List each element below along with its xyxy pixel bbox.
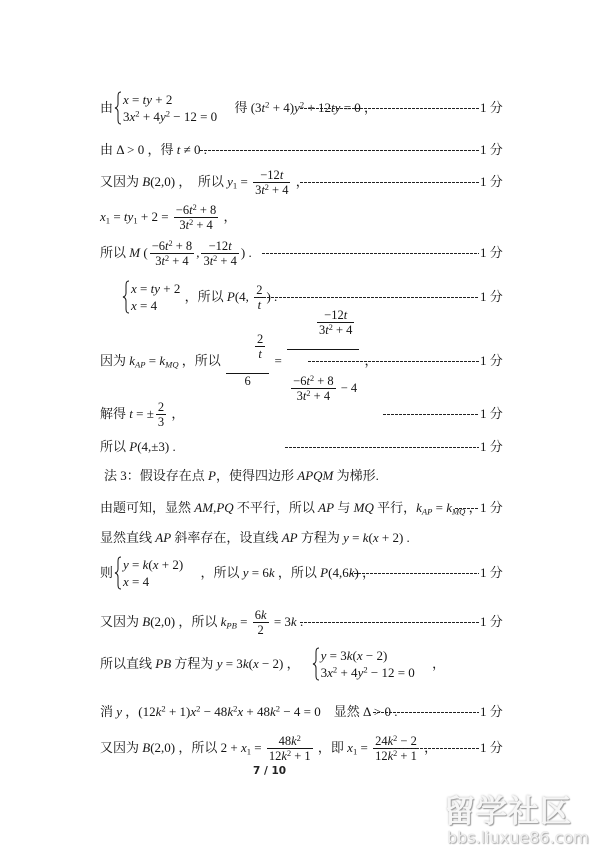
fraction: −6t2 + 8 3t2 + 4	[291, 375, 335, 402]
fraction: −12t 3t2 + 4	[253, 169, 290, 196]
left-brace-icon	[114, 556, 122, 590]
line-text: 又因为 B(2,0) ， 所以 y1 =	[100, 174, 251, 190]
system-lines: x = ty + 2 3x2 + 4y2 − 12 = 0	[123, 91, 217, 125]
line-content: 则 y = k(x + 2) x = 4 ，所以 y = 6k ，所以 P(4,…	[100, 556, 375, 590]
dotted-leader	[392, 748, 479, 749]
solution-line: 由题可知，显然 AM,PQ 不平行，所以 AP 与 MQ 平行，kAP = kM…	[0, 498, 600, 518]
equation-system: x = ty + 2 3x2 + 4y2 − 12 = 0	[114, 91, 217, 125]
denominator: 2	[253, 623, 269, 636]
line-text: 法 3：假设存在点 P，使得四边形 APQM 为梯形.	[104, 468, 379, 484]
denominator: 12k2 + 1	[373, 749, 419, 762]
score-label: 1 分	[480, 498, 503, 518]
score-label: 1 分	[480, 738, 503, 758]
line-content: 由 Δ > 0 ，得 t ≠ 0 .	[100, 142, 207, 158]
denominator: 3t2 + 4	[291, 389, 335, 402]
dotted-leader	[455, 508, 479, 509]
denominator: t	[255, 347, 265, 360]
line-text: 由题可知，显然 AM,PQ 不平行，所以 AP 与 MQ 平行，kAP = kM…	[100, 500, 482, 516]
dotted-leader	[300, 108, 479, 109]
score-label: 1 分	[480, 563, 503, 583]
dotted-leader	[300, 182, 479, 183]
solution-line: 则 y = k(x + 2) x = 4 ，所以 y = 6k ，所以 P(4,…	[0, 563, 600, 583]
score-label: 1 分	[480, 351, 503, 371]
solution-line: x1 = ty1 + 2 = −6t2 + 8 3t2 + 4 ，	[0, 207, 600, 227]
denominator: 3t2 + 4	[174, 218, 218, 231]
solution-line: 消 y ，(12k2 + 1)x2 − 48k2x + 48k2 − 4 = 0…	[0, 702, 600, 722]
line-text: 消 y ，(12k2 + 1)x2 − 48k2x + 48k2 − 4 = 0…	[100, 704, 397, 720]
line-text: ,	[196, 245, 199, 261]
line-lead-text: 则	[100, 565, 113, 581]
system-equation: x = 4	[123, 573, 183, 590]
watermark-url: bbs.liuxue86.com	[447, 828, 589, 847]
solution-line: 由 x = ty + 2 3x2 + 4y2 − 12 = 0 得 (3t2 +…	[0, 98, 600, 118]
line-content: 所以直线 PB 方程为 y = 3k(x − 2) ， y = 3k(x − 2…	[100, 647, 445, 681]
equation-system: y = 3k(x − 2) 3x2 + 4y2 − 12 = 0	[312, 647, 415, 681]
dotted-leader	[308, 361, 479, 362]
dotted-leader	[262, 253, 479, 254]
numerator: −12t	[317, 309, 354, 323]
line-text: 解得 t = ±	[100, 406, 154, 422]
system-equation: x = ty + 2	[131, 280, 180, 297]
solution-line: 又因为 B(2,0) ， 所以 y1 = −12t 3t2 + 4 ， 1 分	[0, 172, 600, 192]
solution-line: 又因为 B(2,0) ，所以 kPB = 6k 2 = 3k . 1 分	[0, 612, 600, 632]
line-text: 显然直线 AP 斜率存在，设直线 AP 方程为 y = k(x + 2) .	[100, 530, 410, 546]
numerator: 2	[156, 401, 166, 415]
line-text: ，即 x1 =	[315, 740, 371, 756]
denominator: 3t2 + 4	[253, 183, 290, 196]
score-label: 1 分	[480, 612, 503, 632]
method-heading: 法 3：假设存在点 P，使得四边形 APQM 为梯形.	[0, 466, 600, 486]
line-text: 又因为 B(2,0) ，所以 2 + x1 =	[100, 740, 265, 756]
line-content: 显然直线 AP 斜率存在，设直线 AP 方程为 y = k(x + 2) .	[100, 530, 410, 546]
line-content: 由题可知，显然 AM,PQ 不平行，所以 AP 与 MQ 平行，kAP = kM…	[100, 500, 482, 516]
line-text: ，所以 y = 6k ，所以 P(4,6k) ，	[184, 565, 375, 581]
line-text: 所以 P(4,±3) .	[100, 439, 176, 455]
system-equation: y = k(x + 2)	[123, 556, 183, 573]
numerator: −12t 3t2 + 4	[287, 297, 359, 350]
line-text: 又因为 B(2,0) ，所以 kPB =	[100, 614, 251, 630]
page-number: 7 / 10	[253, 765, 286, 777]
solution-line: 又因为 B(2,0) ，所以 2 + x1 = 48k2 12k2 + 1 ，即…	[0, 738, 600, 758]
numerator: 2	[255, 333, 265, 347]
fraction: 48k2 12k2 + 1	[267, 735, 313, 762]
denominator: 3t2 + 4	[317, 323, 354, 336]
line-text: ) .	[241, 245, 252, 261]
fraction: 2 t	[255, 333, 265, 360]
solution-line: 由 Δ > 0 ，得 t ≠ 0 . 1 分	[0, 140, 600, 160]
line-text: ，	[220, 209, 236, 225]
system-lines: y = 3k(x − 2) 3x2 + 4y2 − 12 = 0	[321, 647, 415, 681]
solution-line: 因为 kAP = kMQ ，所以 2 t 6 = −12t 3t2 + 4	[0, 351, 600, 371]
fraction: −6t2 + 8 3t2 + 4	[174, 204, 218, 231]
numerator: 2	[254, 284, 264, 298]
numerator: 48k2	[267, 735, 313, 749]
line-text: ，	[416, 656, 445, 672]
system-equation: 3x2 + 4y2 − 12 = 0	[321, 664, 415, 681]
denominator-expression: −6t2 + 8 3t2 + 4 − 4	[289, 375, 357, 402]
system-equation: x = ty + 2	[123, 91, 217, 108]
dotted-leader	[350, 573, 479, 574]
denominator: 3t2 + 4	[201, 254, 238, 267]
numerator: 6k	[253, 609, 269, 623]
score-label: 1 分	[480, 702, 503, 722]
dotted-leader	[383, 414, 479, 415]
dotted-leader	[285, 447, 479, 448]
line-content: 所以 M ( −6t2 + 8 3t2 + 4 , −12t 3t2 + 4 )…	[100, 240, 252, 267]
line-content: 又因为 B(2,0) ， 所以 y1 = −12t 3t2 + 4 ，	[100, 169, 309, 196]
line-lead-text: 由	[100, 100, 113, 116]
solution-line: 所以 M ( −6t2 + 8 3t2 + 4 , −12t 3t2 + 4 )…	[0, 243, 600, 263]
line-text: 因为 kAP = kMQ ，所以	[100, 353, 224, 369]
score-label: 1 分	[480, 437, 503, 457]
score-label: 1 分	[480, 404, 503, 424]
numerator: −6t2 + 8	[150, 240, 194, 254]
fraction: 2 3	[156, 401, 166, 428]
system-equation: 3x2 + 4y2 − 12 = 0	[123, 108, 217, 125]
solution-line: 所以直线 PB 方程为 y = 3k(x − 2) ， y = 3k(x − 2…	[0, 654, 600, 674]
line-text: x1 = ty1 + 2 =	[100, 209, 172, 225]
numerator: 2 t	[226, 321, 269, 374]
denominator: 3t2 + 4	[150, 254, 194, 267]
watermark-logo-text: 留学社区	[444, 786, 572, 831]
line-content: x1 = ty1 + 2 = −6t2 + 8 3t2 + 4 ，	[100, 204, 237, 231]
numerator: −12t	[253, 169, 290, 183]
line-text: = 3k .	[271, 614, 304, 630]
fraction: −12t 3t2 + 4	[201, 240, 238, 267]
solution-line: 显然直线 AP 斜率存在，设直线 AP 方程为 y = k(x + 2) .	[0, 528, 600, 548]
line-content: 解得 t = ± 2 3 ，	[100, 401, 184, 428]
line-content: 消 y ，(12k2 + 1)x2 − 48k2x + 48k2 − 4 = 0…	[100, 704, 397, 720]
system-equation: y = 3k(x − 2)	[321, 647, 415, 664]
solution-line: 解得 t = ± 2 3 ， 1 分	[0, 404, 600, 424]
numerator: −6t2 + 8	[174, 204, 218, 218]
score-label: 1 分	[480, 287, 503, 307]
numerator: −12t	[201, 240, 238, 254]
line-text: 由 Δ > 0 ，得 t ≠ 0 .	[100, 142, 207, 158]
fraction: −12t 3t2 + 4	[317, 309, 354, 336]
denominator: 3	[156, 415, 166, 428]
equals-sign: =	[271, 353, 285, 369]
solution-line: 所以 P(4,±3) . 1 分	[0, 437, 600, 457]
fraction-lhs: 2 t 6	[226, 321, 269, 402]
left-brace-icon	[114, 91, 122, 125]
dotted-leader	[373, 712, 479, 713]
line-text: 所以直线 PB 方程为 y = 3k(x − 2) ，	[100, 656, 300, 672]
line-text: 所以 M (	[100, 245, 148, 261]
score-label: 1 分	[480, 243, 503, 263]
system-lines: y = k(x + 2) x = 4	[123, 556, 183, 590]
score-label: 1 分	[480, 98, 503, 118]
score-label: 1 分	[480, 172, 503, 192]
equation-system: y = k(x + 2) x = 4	[114, 556, 183, 590]
numerator: 24k2 − 2	[373, 735, 419, 749]
expression-tail: − 4	[338, 380, 358, 396]
line-content: 又因为 B(2,0) ，所以 2 + x1 = 48k2 12k2 + 1 ，即…	[100, 735, 437, 762]
denominator: 6	[226, 374, 269, 402]
fraction: 6k 2	[253, 609, 269, 636]
score-label: 1 分	[480, 140, 503, 160]
line-content: 法 3：假设存在点 P，使得四边形 APQM 为梯形.	[104, 468, 379, 484]
line-content: 所以 P(4,±3) .	[100, 439, 176, 455]
denominator: 12k2 + 1	[267, 749, 313, 762]
line-content: 又因为 B(2,0) ，所以 kPB = 6k 2 = 3k .	[100, 609, 303, 636]
dotted-leader	[200, 150, 479, 151]
dotted-leader	[300, 622, 479, 623]
numerator: −6t2 + 8	[291, 375, 335, 389]
line-text: ，	[168, 406, 184, 422]
left-brace-icon	[312, 647, 320, 681]
fraction: −6t2 + 8 3t2 + 4	[150, 240, 194, 267]
